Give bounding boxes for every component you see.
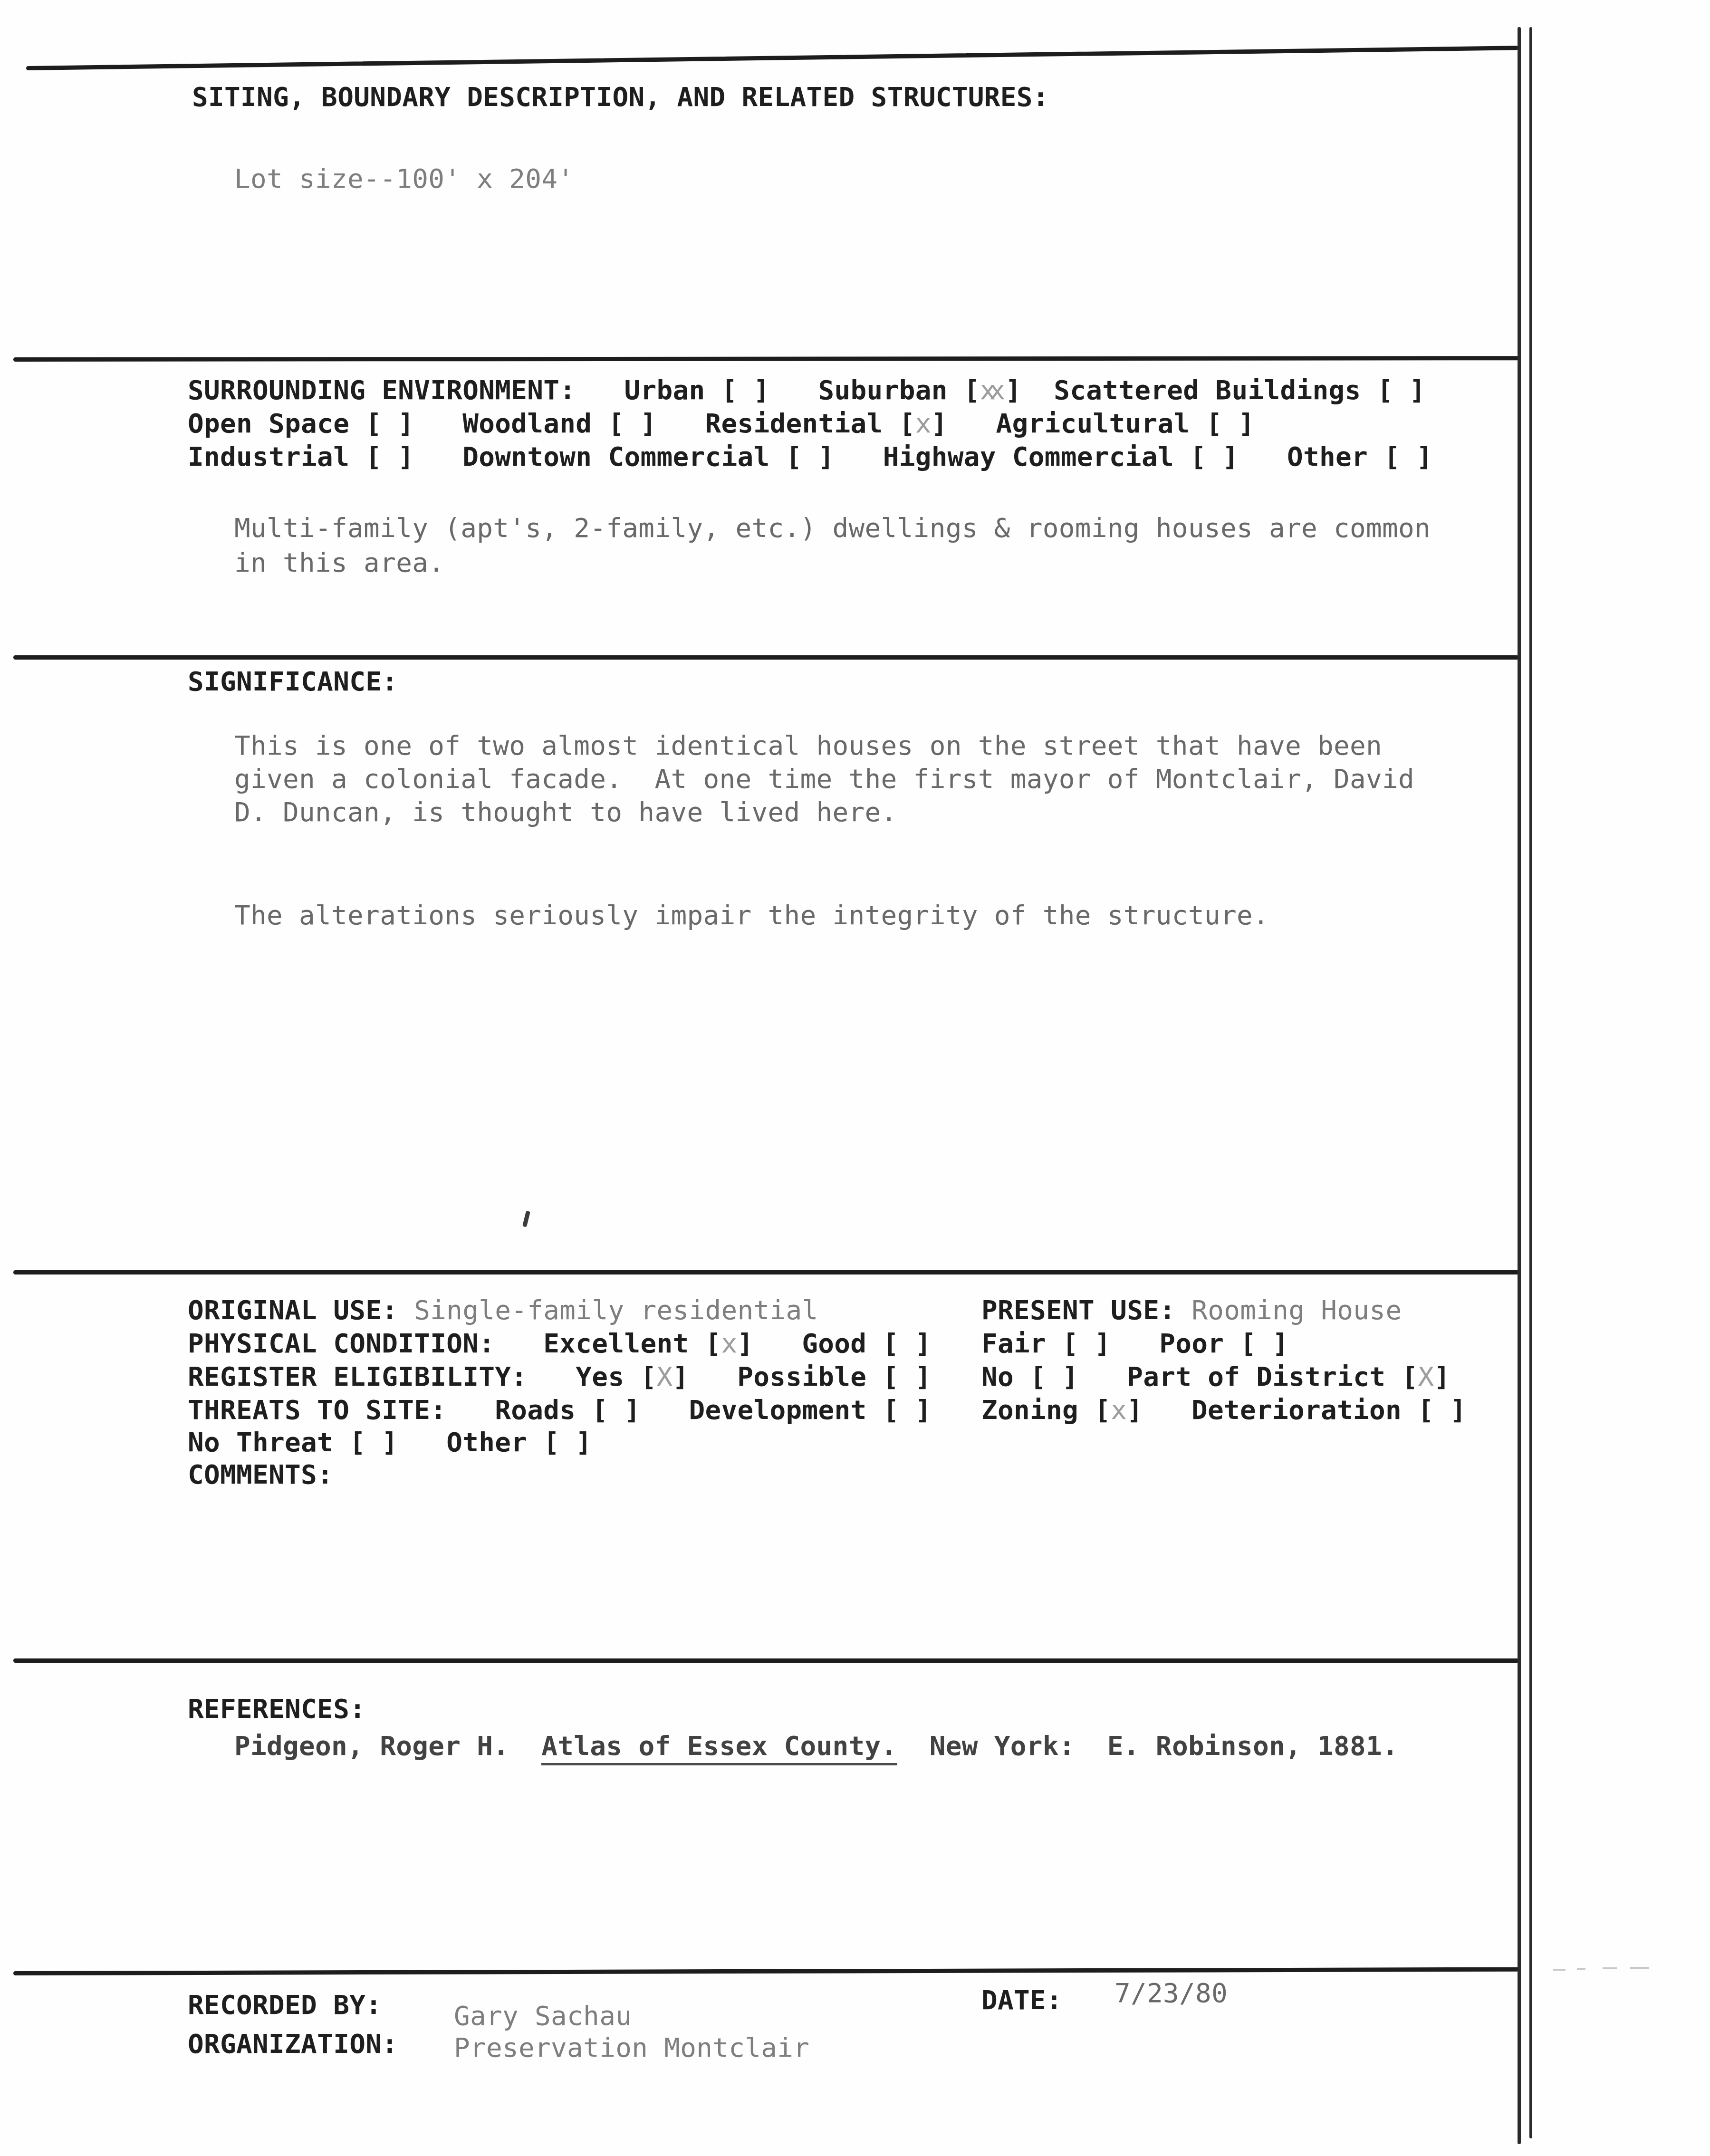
text-segment: REGISTER ELIGIBILITY: Yes [ <box>188 1361 656 1392</box>
text-segment: THREATS TO SITE: Roads [ ] Development [… <box>188 1395 932 1426</box>
reference-title-underlined: Atlas of Essex County. <box>541 1731 897 1765</box>
register-eligibility-row-left: REGISTER ELIGIBILITY: Yes [X] Possible [… <box>188 1361 931 1394</box>
surrounding-note-line-2: in this area. <box>234 546 444 580</box>
section-divider-top <box>26 46 1518 70</box>
text-segment: X <box>656 1361 666 1392</box>
text-segment: x <box>721 1328 731 1359</box>
recorded-by-label: RECORDED BY: <box>188 1989 382 2022</box>
register-eligibility-row-right: No [ ] Part of District [X] <box>981 1361 1450 1394</box>
significance-para1-line-1: This is one of two almost identical hous… <box>234 729 1382 763</box>
text-segment: ] Good [ ] <box>737 1328 931 1359</box>
comments-label: COMMENTS: <box>188 1458 333 1492</box>
significance-heading: SIGNIFICANCE: <box>188 665 398 699</box>
section-divider-references <box>13 1658 1519 1663</box>
scan-artifact-dash <box>1603 1967 1617 1969</box>
organization-label: ORGANIZATION: <box>188 2028 398 2061</box>
text-segment: PRESENT USE: <box>981 1295 1191 1326</box>
section-divider-condition <box>13 1270 1519 1274</box>
text-segment: x <box>1111 1395 1120 1426</box>
no-threat-row: No Threat [ ] Other [ ] <box>188 1426 592 1459</box>
section-divider-footer <box>13 1967 1519 1975</box>
surrounding-row-3: Industrial [ ] Downtown Commercial [ ] H… <box>188 441 1432 474</box>
text-segment: xx <box>980 375 999 406</box>
text-segment: Single-family residential <box>414 1295 818 1326</box>
scan-artifact-dash <box>1553 1969 1566 1971</box>
text-segment: Open Space [ ] Woodland [ ] Residential … <box>188 408 915 439</box>
text-segment: Zoning [ <box>981 1395 1111 1426</box>
surrounding-row-1: SURROUNDING ENVIRONMENT: Urban [ ] Subur… <box>188 374 1426 407</box>
siting-heading: SITING, BOUNDARY DESCRIPTION, AND RELATE… <box>192 81 1049 114</box>
text-segment: Industrial [ ] Downtown Commercial [ ] H… <box>188 441 1432 472</box>
text-segment: No [ ] Part of District [ <box>981 1361 1418 1392</box>
references-heading: REFERENCES: <box>188 1693 365 1726</box>
text-segment: SURROUNDING ENVIRONMENT: Urban [ ] Subur… <box>188 375 980 406</box>
date-label: DATE: <box>981 1984 1062 2017</box>
text-segment: ] <box>1434 1361 1450 1392</box>
text-segment: PHYSICAL CONDITION: Excellent [ <box>188 1328 721 1359</box>
text-segment: X <box>1418 1361 1427 1392</box>
significance-para1-line-2: given a colonial facade. At one time the… <box>234 763 1414 796</box>
page-edge-rule-outer <box>1529 27 1532 2138</box>
survey-form-page: SITING, BOUNDARY DESCRIPTION, AND RELATE… <box>0 0 1710 2156</box>
text-segment: ] Agricultural [ ] <box>931 408 1254 439</box>
text-segment: ORIGINAL USE: <box>188 1295 414 1326</box>
physical-condition-row-left: PHYSICAL CONDITION: Excellent [x] Good [… <box>188 1327 931 1361</box>
threats-row-right: Zoning [x] Deterioration [ ] <box>981 1394 1466 1427</box>
recorded-by-value: Gary Sachau <box>454 2000 632 2033</box>
scan-artifact-dash <box>1630 1967 1649 1969</box>
text-segment: Rooming House <box>1191 1295 1402 1326</box>
threats-row-left: THREATS TO SITE: Roads [ ] Development [… <box>188 1394 932 1427</box>
surrounding-note-line-1: Multi-family (apt's, 2-family, etc.) dwe… <box>234 512 1431 545</box>
date-value: 7/23/80 <box>1114 1977 1228 2010</box>
text-segment: ] Possible [ ] <box>672 1361 931 1392</box>
lot-size-value: Lot size--100' x 204' <box>234 163 574 196</box>
scan-artifact-dash <box>1577 1968 1585 1970</box>
section-divider-surrounding <box>13 356 1519 362</box>
text-segment: ] Deterioration [ ] <box>1127 1395 1466 1426</box>
text-segment: x <box>915 408 925 439</box>
section-divider-significance <box>13 655 1519 660</box>
present-use-row: PRESENT USE: Rooming House <box>981 1294 1402 1327</box>
text-segment: ] Scattered Buildings [ ] <box>1005 375 1425 406</box>
reference-publisher: New York: E. Robinson, 1881. <box>897 1731 1398 1762</box>
text-segment: COMMENTS: <box>188 1459 333 1490</box>
original-use-row: ORIGINAL USE: Single-family residential <box>188 1294 818 1327</box>
organization-value: Preservation Montclair <box>454 2031 809 2065</box>
stray-ink-mark <box>522 1210 530 1227</box>
text-segment: Fair [ ] Poor [ ] <box>981 1328 1288 1359</box>
page-edge-rule-inner <box>1518 27 1521 2144</box>
reference-entry: Pidgeon, Roger H. Atlas of Essex County.… <box>234 1730 1398 1763</box>
significance-para2: The alterations seriously impair the int… <box>234 899 1269 932</box>
significance-para1-line-3: D. Duncan, is thought to have lived here… <box>234 796 897 829</box>
text-segment: No Threat [ ] Other [ ] <box>188 1427 592 1458</box>
physical-condition-row-right: Fair [ ] Poor [ ] <box>981 1327 1288 1361</box>
surrounding-row-2: Open Space [ ] Woodland [ ] Residential … <box>188 407 1255 441</box>
reference-author: Pidgeon, Roger H. <box>234 1731 541 1762</box>
